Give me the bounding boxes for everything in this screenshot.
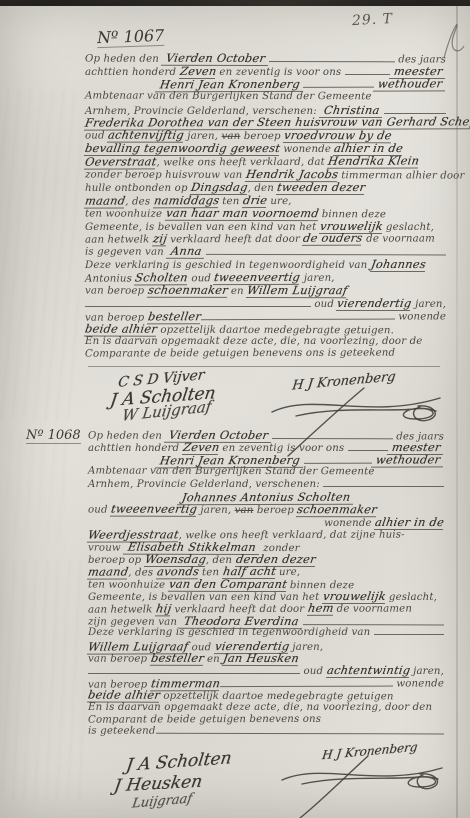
filled-in-text: Anna	[166, 245, 207, 259]
handwriting-line: hulle ontbonden op Dingsdag, den tweeden…	[85, 181, 446, 194]
form-text: ure,	[267, 196, 292, 207]
handwriting-line: Deze verklaring is geschied in tegenwoor…	[88, 627, 444, 639]
handwriting-line: beroep op Woensdag, den derden dezer	[88, 553, 444, 565]
handwriting-line: wonende alhier in de	[88, 516, 444, 528]
form-text: zijn gegeven van	[88, 616, 180, 627]
handwriting-line: vrouw Elisabeth Stikkelman zonder	[88, 540, 444, 553]
form-text: oud	[188, 273, 214, 284]
filled-in-text: schoenmaker	[146, 284, 228, 298]
handwriting-line: maand, des avonds ten half acht ure,	[88, 565, 444, 579]
form-text: En is daarvan opgemaakt deze acte, die, …	[85, 336, 422, 347]
handwriting-line: En is daarvan opgemaakt deze acte, die, …	[85, 336, 446, 349]
form-text: Gemeente, is bevallen van een kind van h…	[85, 222, 320, 233]
form-text: des jaars	[395, 54, 446, 65]
signature-rule	[88, 366, 440, 367]
scan-edge-top	[0, 0, 470, 6]
handwriting-line: maand, des namiddags ten drie ure,	[85, 193, 446, 207]
filled-in-text	[156, 733, 444, 735]
filled-in-text: Zeven	[179, 65, 218, 79]
form-text: beroep	[253, 505, 297, 516]
handwriting-line: Antonius Scholten oud tweeenveertig jare…	[85, 271, 446, 285]
handwriting-line: Ambtenaar van den Burgerlijken Stand der…	[88, 466, 444, 479]
filled-in-text: achtenvijftig	[107, 129, 185, 143]
signature-scholten-act2: J A Scholten	[125, 748, 233, 776]
form-text: de voornamen	[333, 604, 412, 615]
kronenberg-paraph-act2	[280, 756, 446, 802]
form-text: oud	[300, 666, 326, 677]
handwriting-line: En is daarvan opgemaakt deze acte, die, …	[88, 702, 444, 714]
filled-in-text	[348, 450, 388, 451]
handwriting-line: oud achtenvijftig jaren, van beroep vroe…	[85, 129, 446, 143]
form-text: jaren,	[289, 641, 323, 652]
handwriting-line: oud vierendertig jaren,	[85, 297, 446, 310]
bleed-through-ghost	[6, 430, 66, 540]
filled-in-text: Willem Luijgraaf	[246, 284, 348, 298]
form-text: zonder beroep huisvrouw van	[85, 170, 246, 181]
handwriting-line: zijn gegeven van Theodora Everdina	[88, 614, 444, 627]
handwriting-line: Op heden den Vierden October des jaars	[85, 52, 446, 66]
form-text: oud	[311, 299, 337, 310]
form-text: wonende	[395, 311, 446, 322]
form-text: binnen deze	[318, 209, 386, 220]
form-text: achttien honderd	[88, 443, 183, 454]
form-text: oud	[85, 131, 108, 142]
kronenberg-paraph-act1	[268, 386, 446, 432]
handwriting-line: Op heden den Vierden October des jaars	[88, 429, 444, 442]
filled-in-text	[269, 61, 394, 62]
filled-in-text: schoenmaker	[296, 503, 378, 517]
form-text: van beroep	[85, 286, 148, 297]
filled-in-text: van haar man voornoemd	[164, 206, 319, 220]
handwriting-line: beide alhier opzettelijk daartoe medegeb…	[88, 689, 444, 702]
form-text: Ambtenaar van den Burgerlijken Stand der…	[85, 90, 372, 102]
handwriting-line: Comparante de beide getuigen benevens on…	[85, 348, 446, 362]
filled-in-text: beide alhier	[84, 322, 158, 336]
form-text: opzettelijk daartoe medegebragte getuige…	[160, 691, 394, 703]
filled-in-text	[345, 74, 390, 75]
filled-in-text: Theodora Everdina	[179, 615, 304, 629]
handwriting-line: aan hetwelk hij verklaard heeft dat door…	[88, 602, 444, 616]
handwriting-line: van beroep schoenmaker en Willem Luijgra…	[85, 284, 446, 298]
form-text: jaren,	[300, 273, 334, 284]
handwriting-line: Willem Luijgraaf oud vierendertig jaren,	[88, 639, 444, 653]
form-text: , des	[125, 196, 153, 207]
filled-in-text: beide alhier	[87, 689, 161, 703]
form-text: Op heden den	[85, 54, 162, 65]
form-text: beroep	[240, 131, 284, 142]
form-text: ten woonhuize	[88, 579, 169, 590]
bleed-through-ghost	[0, 559, 87, 800]
filled-in-text: Hendrika Klein	[327, 155, 420, 169]
form-text: En is daarvan opgemaakt deze acte, die, …	[88, 702, 432, 713]
filled-in-text: van den Comparant	[167, 577, 287, 591]
filled-in-text: wethouder	[373, 77, 447, 91]
form-text: vrouw	[88, 542, 124, 553]
form-text: ure,	[276, 567, 301, 578]
form-text: van beroep	[88, 654, 151, 665]
filled-in-text	[303, 86, 374, 87]
handwriting-line: Gemeente, is bevallen van een kind van h…	[85, 220, 446, 233]
handwriting-line: Ambtenaar van den Burgerlijken Stand der…	[85, 90, 446, 104]
handwriting-line: Oeverstraat, welke ons heeft verklaard, …	[85, 154, 446, 168]
form-text: ten	[219, 196, 243, 207]
handwriting-line: achttien honderd Zeven en zeventig is vo…	[88, 441, 444, 453]
form-text: en	[227, 286, 247, 297]
form-text: wonende	[280, 144, 334, 155]
filled-in-text	[201, 318, 395, 320]
bleed-through-ghost	[0, 89, 83, 420]
handwriting-line: achttien honderd Zeven en zeventig is vo…	[85, 65, 446, 78]
form-text: beroep op	[88, 555, 145, 566]
filled-in-text	[303, 624, 444, 625]
handwriting-line: oud achtentwintig jaren,	[88, 664, 444, 676]
form-text: en	[204, 654, 224, 665]
handwriting-line: is geteekend	[88, 726, 444, 739]
handwriting-line: beide alhier opzettelijk daartoe medegeb…	[85, 322, 446, 336]
filled-in-text	[374, 634, 444, 635]
handwriting-line: Arnhem, Provincie Gelderland, verschenen…	[88, 479, 444, 491]
act-number-1067: Nº 1067	[97, 26, 165, 48]
filled-in-text: tweeenveertig	[110, 503, 198, 517]
form-text: , den	[248, 183, 278, 194]
filled-in-text: wethouder	[371, 453, 445, 467]
form-text: oud	[88, 505, 111, 516]
form-text: is geteekend	[88, 726, 156, 737]
form-text: Ambtenaar van den Burgerlijken Stand der…	[88, 466, 375, 478]
scanned-document-page: 29. T Nº 1067 Op heden den Vierden Octob…	[0, 0, 470, 818]
handwriting-line: zonder beroep huisvrouw van Hendrik Jaco…	[85, 168, 446, 182]
form-text: Comparant de beide getuigen benevens ons	[88, 714, 321, 726]
handwriting-line: bevalling tegenwoordig geweest wonende a…	[85, 142, 446, 155]
filled-in-text	[206, 254, 446, 256]
handwriting-line: Deze verklaring is geschied in tegenwoor…	[85, 258, 446, 271]
form-text: wonende	[393, 678, 444, 689]
handwriting-line: van beroep besteller en Jan Heusken	[88, 652, 444, 665]
form-text: opzettelijk daartoe medegebragte getuige…	[157, 324, 394, 336]
handwriting-line: van beroep besteller wonende	[85, 309, 446, 323]
form-text: Arnhem, Provincie Gelderland, verschenen…	[88, 479, 323, 490]
handwriting-line: Weerdjesstraat, welke ons heeft verklaar…	[88, 528, 444, 542]
handwriting-line: ten woonhuize van den Comparant binnen d…	[88, 577, 444, 590]
form-text: , welke ons heeft verklaard, dat	[156, 157, 328, 169]
form-text: jaren,	[412, 299, 446, 310]
form-text: jaren,	[184, 131, 222, 142]
page-number-note: 29. T	[352, 11, 394, 29]
form-text: ten woonhuize	[85, 208, 166, 219]
filled-in-text	[304, 462, 372, 463]
form-text: timmerman alhier door	[338, 170, 465, 181]
act-number-1068: Nº 1068	[26, 428, 81, 444]
filled-in-text	[85, 306, 311, 307]
form-text: is gegeven van	[85, 247, 167, 258]
handwriting-line: Arnhem, Provincie Gelderland, verschenen…	[85, 104, 446, 117]
form-text: , welke ons heeft verklaard, dat zijne h…	[179, 530, 405, 542]
form-text: jaren,	[197, 505, 235, 516]
form-text: Comparante de beide getuigen benevens on…	[85, 348, 395, 360]
filled-in-text: Vierden October	[161, 52, 270, 66]
act-1068-text: Op heden den Vierden October des jaarsac…	[88, 429, 444, 739]
form-text: van	[221, 131, 240, 142]
form-text: de voornaam	[363, 234, 435, 245]
form-text: Arnhem, Provincie Gelderland, verschenen…	[85, 106, 320, 117]
handwriting-line: oud tweeenveertig jaren, van beroep scho…	[88, 503, 444, 516]
filled-in-text: Jan Heusken	[222, 652, 300, 666]
filled-in-text: besteller	[149, 652, 204, 666]
handwriting-line: Henri Jean Kronenberg wethouder	[85, 77, 446, 91]
filled-in-text: Dingsdag	[190, 181, 249, 195]
form-text: Op heden den	[88, 431, 165, 442]
form-text: zonder	[260, 542, 300, 553]
handwriting-line: is gegeven van Anna	[85, 245, 446, 259]
filled-in-text	[272, 438, 392, 439]
filled-in-text	[323, 486, 444, 487]
form-text: achttien honderd	[85, 67, 180, 78]
form-text: en zeventig is voor ons	[219, 443, 348, 454]
form-text: hulle ontbonden op	[85, 183, 191, 194]
handwriting-line: ten woonhuize van haar man voornoemd bin…	[85, 206, 446, 220]
filled-in-text	[220, 685, 393, 687]
form-text: en zeventig is voor ons	[216, 67, 345, 78]
form-text: van	[235, 505, 254, 516]
form-text: Deze verklaring is geschied in tegenwoor…	[85, 260, 371, 271]
act-1067-text: Op heden den Vierden October des jaarsac…	[85, 52, 446, 361]
filled-in-text	[384, 113, 446, 114]
filled-in-text: drie	[242, 194, 268, 208]
filled-in-text	[88, 673, 300, 674]
